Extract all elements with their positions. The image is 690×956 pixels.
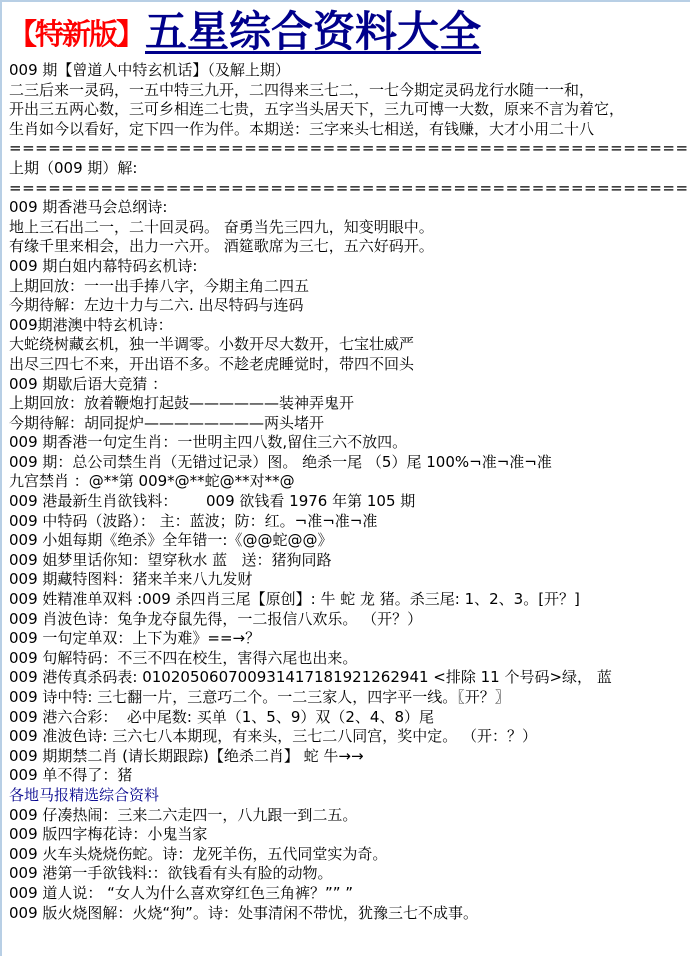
text-line: 上期（009 期）解: xyxy=(9,159,690,179)
text-line: 009 单不得了：猪 xyxy=(9,766,690,786)
text-line: 今期待解：胡同捉炉————————两头堵开 xyxy=(9,414,690,434)
text-line: 九宫禁肖 ：@**第 009*@**蛇@**对**@ xyxy=(9,472,690,492)
text-line: 009 准波色诗: 三六七八本期现，有来头，三七二八同宫，奖中定。 （开：？） xyxy=(9,727,690,747)
text-line: 二三后来一灵码，一五中特三九开，二四得来三七二，一七今期定灵码龙行水随一一和， xyxy=(9,81,690,101)
text-line: 009 期歇后语大竞猜 ： xyxy=(9,375,690,395)
text-line: 009 期香港马会总纲诗: xyxy=(9,198,690,218)
text-line: 009 期白姐内幕特码玄机诗: xyxy=(9,257,690,277)
text-line: 出尽三四七不来，开出语不多。不趁老虎睡觉时，带四不回头 xyxy=(9,355,690,375)
text-line: 上期回放：一一出手捧八字，今期主角二四五 xyxy=(9,277,690,297)
text-line: 009 仔凑热闹：三来二六走四一，八九跟一到二五。 xyxy=(9,806,690,826)
separator-line: ========================================… xyxy=(9,179,690,199)
text-line: 009 期藏特图料：猪来羊来八九发财 xyxy=(9,570,690,590)
text-line: 009 姓精准单双料 :009 杀四肖三尾【原创】: 牛 蛇 龙 猪。杀三尾: … xyxy=(9,590,690,610)
page-header: 【特新版】 五星综合资料大全 xyxy=(2,2,690,58)
edition-badge: 【特新版】 xyxy=(8,12,143,53)
text-line: 009 姐梦里话你知：望穿秋水 蓝 送：猪狗同路 xyxy=(9,551,690,571)
text-line: 009 港六合彩： 必中尾数: 买单（1、5、9）双（2、4、8）尾 xyxy=(9,708,690,728)
text-line: 009 一句定单双：上下为难》==→？ xyxy=(9,629,690,649)
text-line: 开出三五两心数，三可乡相连二七贵，五字当头居天下，三九可博一大数，原来不言为着它… xyxy=(9,100,690,120)
separator-line: ========================================… xyxy=(9,139,690,159)
text-line: 大蛇绕树藏玄机，独一半调零。小数开尽大数开，七宝壮威严 xyxy=(9,335,690,355)
text-line: 009 道人说： “女人为什么喜欢穿红色三角裤？”” ” xyxy=(9,884,690,904)
text-line: 009 港最新生肖欲钱料： 009 欲钱看 1976 年第 105 期 xyxy=(9,492,690,512)
text-line: 有缘千里来相会，出力一六开。 酒筵歌席为三七，五六好码开。 xyxy=(9,237,690,257)
text-line: 009 期【曾道人中特玄机话】（及解上期） xyxy=(9,61,690,81)
page-title: 五星综合资料大全 xyxy=(145,10,481,54)
text-line: 009期港澳中特玄机诗： xyxy=(9,316,690,336)
text-line: 009 中特码（波路）： 主：蓝波；防：红。¬准¬准¬准 xyxy=(9,512,690,532)
text-line: 009 肖波色诗：兔争龙夺鼠先得，一二报信八欢乐。 （开？） xyxy=(9,610,690,630)
text-line: 009 期香港一句定生肖：一世明主四八数,留住三六不放四。 xyxy=(9,433,690,453)
text-line: 生肖如今以看好，定下四一作为伴。本期送：三字来头七相送，有钱赚，大才小用二十八 xyxy=(9,120,690,140)
text-line: 009 版四字梅花诗：小鬼当家 xyxy=(9,825,690,845)
text-line: 009 港传真杀码表: 0102050607009314171819212629… xyxy=(9,668,690,688)
text-line: 009 港第一手欲钱料:：欲钱看有头有脸的动物。 xyxy=(9,864,690,884)
text-line: 009 诗中特: 三七翻一片，三意巧二个。一二三家人，四字平一线。〖开？〗 xyxy=(9,688,690,708)
text-line: 地上三石出二一，二十回灵码。 奋勇当先三四九，知变明眼中。 xyxy=(9,218,690,238)
page: 【特新版】 五星综合资料大全 009 期【曾道人中特玄机话】（及解上期）二三后来… xyxy=(0,0,690,956)
text-line: 今期待解：左边十力与二六. 出尽特码与连码 xyxy=(9,296,690,316)
text-line: 009 期：总公司禁生肖（无错过记录）图。 绝杀一尾 （5）尾 100%¬准¬准… xyxy=(9,453,690,473)
text-line: 上期回放：放着鞭炮打起鼓——————装神弄鬼开 xyxy=(9,394,690,414)
section-heading: 各地马报精选综合资料 xyxy=(9,786,690,806)
text-line: 009 句解特码：不三不四在校生，害得六尾也出来。 xyxy=(9,649,690,669)
text-line: 009 小姐每期《绝杀》全年错一:《@@蛇@@》 xyxy=(9,531,690,551)
text-line: 009 期期禁二肖 (请长期跟踪)【绝杀二肖】 蛇 牛→→ xyxy=(9,747,690,767)
text-line: 009 版火烧图解：火烧“狗”。诗：处事清闲不带忧，犹豫三七不成事。 xyxy=(9,904,690,924)
text-line: 009 火车头烧烧伤蛇。诗：龙死羊伤，五代同堂实为奇。 xyxy=(9,845,690,865)
content-lines: 009 期【曾道人中特玄机话】（及解上期）二三后来一灵码，一五中特三九开，二四得… xyxy=(2,58,690,923)
